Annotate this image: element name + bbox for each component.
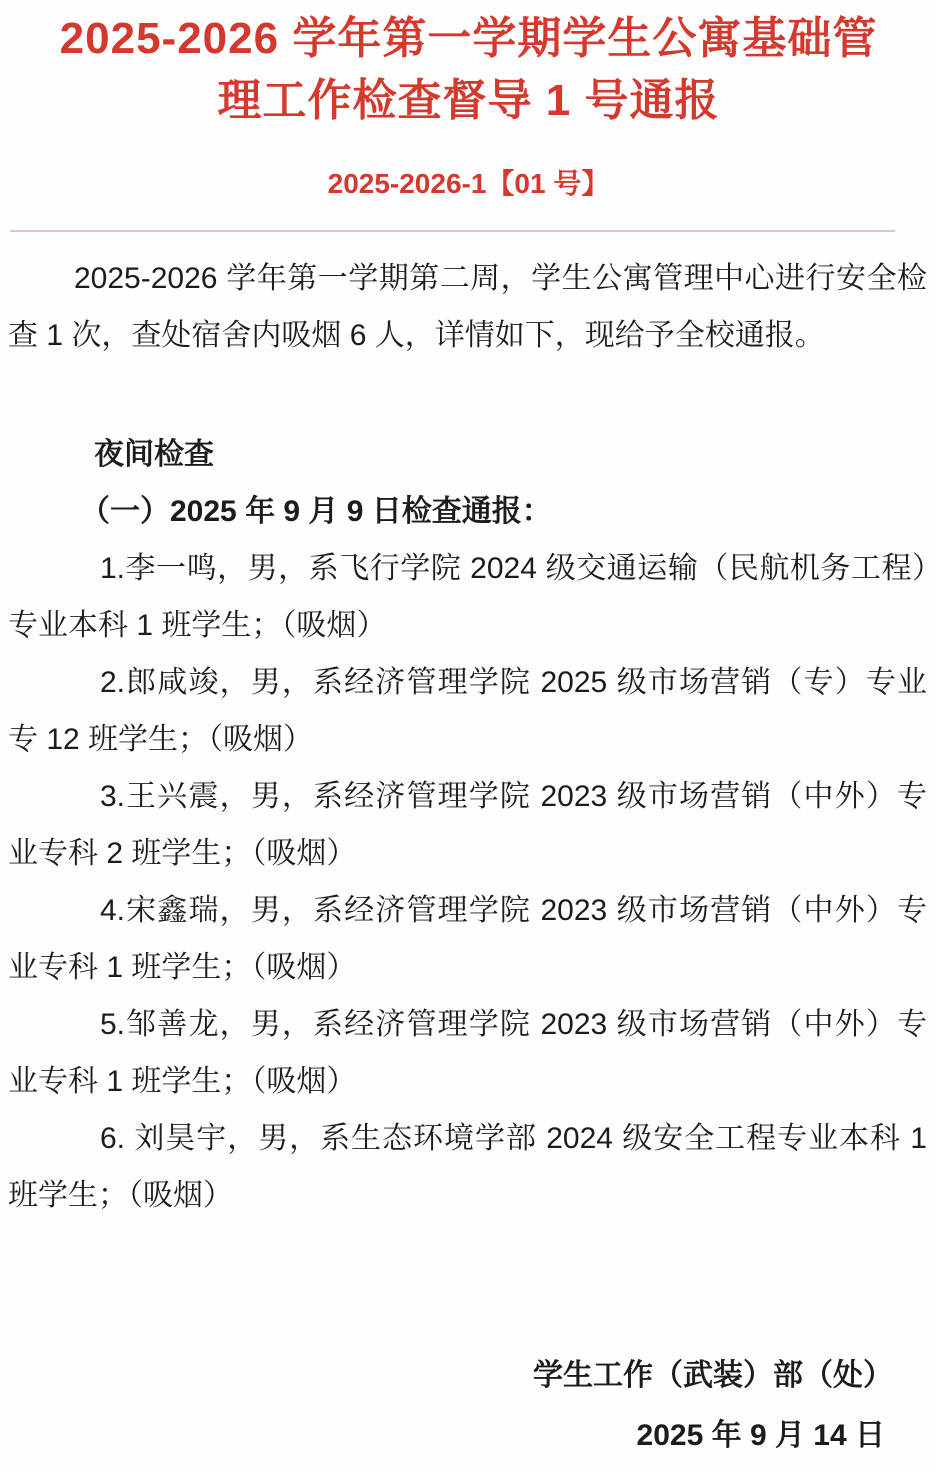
violation-item-1: 1.李一鸣，男，系飞行学院 2024 级交通运输（民航机务工程）专业本科 1 班… [8,540,927,654]
header-divider [10,230,895,232]
violation-item-6: 6. 刘昊宇，男，系生态环境学部 2024 级安全工程专业本科 1 班学生；（吸… [8,1110,927,1224]
issue-date: 2025 年 9 月 14 日 [533,1406,893,1466]
document-title-line2: 理工作检查督导 1 号通报 [0,70,937,132]
violation-item-3: 3.王兴震，男，系经济管理学院 2023 级市场营销（中外）专业专科 2 班学生… [8,768,927,882]
intro-paragraph: 2025-2026 学年第一学期第二周，学生公寓管理中心进行安全检查 1 次，查… [8,250,927,364]
violation-item-4: 4.宋鑫瑞，男，系经济管理学院 2023 级市场营销（中外）专业专科 1 班学生… [8,882,927,996]
violation-list: 1.李一鸣，男，系飞行学院 2024 级交通运输（民航机务工程）专业本科 1 班… [8,540,927,1224]
violation-item-5: 5.邹善龙，男，系经济管理学院 2023 级市场营销（中外）专业专科 1 班学生… [8,996,927,1110]
notice-document: 2025-2026 学年第一学期学生公寓基础管 理工作检查督导 1 号通报 20… [0,0,937,1472]
section-heading-night-check: 夜间检查 [94,426,927,483]
issuing-department: 学生工作（武装）部（处） [533,1346,893,1406]
violation-item-2: 2.郎咸竣，男，系经济管理学院 2025 级市场营销（专）专业专 12 班学生；… [8,654,927,768]
document-title-line1: 2025-2026 学年第一学期学生公寓基础管 [0,8,937,70]
signature-block: 学生工作（武装）部（处） 2025 年 9 月 14 日 [533,1346,893,1466]
document-title: 2025-2026 学年第一学期学生公寓基础管 理工作检查督导 1 号通报 [0,0,937,132]
document-number: 2025-2026-1【01 号】 [0,164,937,204]
subsection-heading-date: （一）2025 年 9 月 9 日检查通报： [80,483,927,540]
